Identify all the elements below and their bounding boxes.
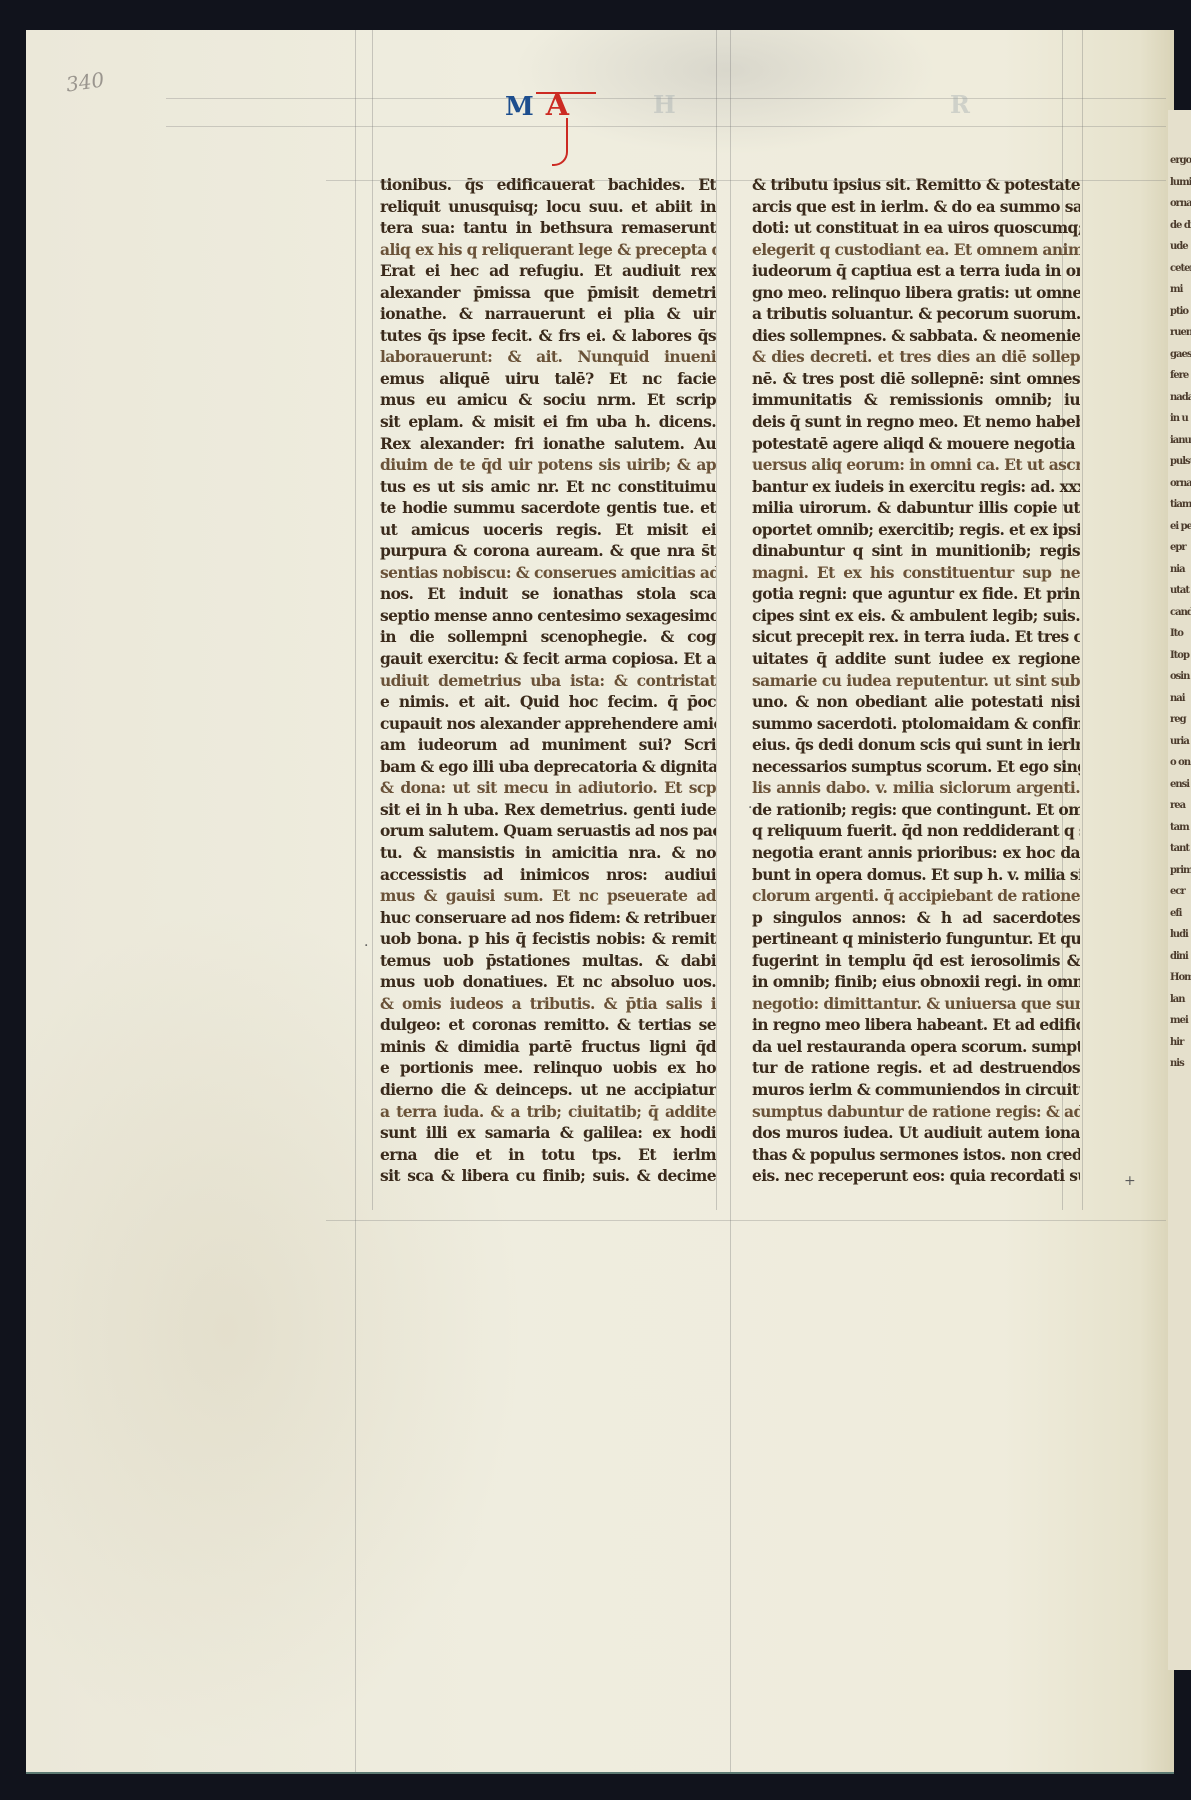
adjacent-page-line: de di [1170,215,1191,237]
text-line: purpura & corona auream. & que nra s̄t [380,540,716,562]
text-line: minis & dimidia partē fructus ligni q̄d [380,1036,716,1058]
text-line: te hodie summu sacerdote gentis tue. et [380,497,716,519]
text-line: & dies decreti. et tres dies an diē soll… [752,346,1080,368]
text-line: deis q̄ sunt in regno meo. Et nemo habeb… [752,411,1080,433]
adjacent-page-line: ptio [1170,301,1191,323]
adjacent-page-line: tam [1170,817,1191,839]
adjacent-page-line: rea [1170,795,1191,817]
adjacent-page-line: o on [1170,752,1191,774]
adjacent-page-line: reg [1170,709,1191,731]
text-line: da uel restauranda opera scorum. sumptus… [752,1036,1080,1058]
text-line: Rex alexander: fri ionathe salutem. Au [380,433,716,455]
text-line: gauit exercitu: & fecit arma copiosa. Et… [380,648,716,670]
text-line: negotia erant annis prioribus: ex hoc da [752,842,1080,864]
text-line: sit sca & libera cu finib; suis. & decim… [380,1165,716,1187]
text-line: septio mense anno centesimo sexagesimo: [380,605,716,627]
text-line: nos. Et induit se ionathas stola sca [380,583,716,605]
text-line: uersus aliq eorum: in omni ca. Et ut asc… [752,454,1080,476]
text-line: dulgeo: et coronas remitto. & tertias se [380,1014,716,1036]
margin-dot: · [364,938,368,954]
ruling-line [730,30,731,1772]
text-line: cipes sint ex eis. & ambulent legib; sui… [752,605,1080,627]
text-line: dos muros iudea. Ut audiuit autem iona [752,1122,1080,1144]
adjacent-page-edge: ergolumineornatde diudeceteramiptioruens… [1168,110,1191,1670]
text-line: a terra iuda. & a trib; ciuitatib; q̄ ad… [380,1101,716,1123]
text-line: tur de ratione regis. et ad destruendos [752,1057,1080,1079]
text-column-right: & tributu ipsius sit. Remitto & potestat… [752,174,1080,1187]
red-flourish-tail [552,118,568,166]
text-line: pertineant q ministerio funguntur. Et qu… [752,928,1080,950]
text-line: reliquit unusquisq; locu suu. et abiit i… [380,196,716,218]
adjacent-page-line: fere [1170,365,1191,387]
adjacent-page-line: prim [1170,860,1191,882]
text-line: bantur ex iudeis in exercitu regis: ad. … [752,476,1080,498]
text-line: accessistis ad inimicos nros: audiui [380,864,716,886]
adjacent-page-line: lumine [1170,172,1191,194]
text-line: bam & ego illi uba deprecatoria & dignit… [380,756,716,778]
text-line: eis. nec receperunt eos: quia recordati … [752,1165,1080,1187]
adjacent-page-line: in u [1170,408,1191,430]
text-line: sicut precepit rex. in terra iuda. Et tr… [752,626,1080,648]
adjacent-page-line: osin [1170,666,1191,688]
adjacent-page-line: Itop [1170,645,1191,667]
adjacent-page-line: nada [1170,387,1191,409]
adjacent-page-line: Hom [1170,967,1191,989]
adjacent-page-line: ianu [1170,430,1191,452]
text-column-left: tionibus. q̄s edificauerat bachides. Etr… [380,174,716,1187]
text-line: ut amicus uoceris regis. Et misit ei [380,519,716,541]
adjacent-page-line: ruens [1170,322,1191,344]
text-line: sumptus dabuntur de ratione regis: & ad … [752,1101,1080,1123]
text-line: e nimis. et ait. Quid hoc fecim. q̄ p̄oc [380,691,716,713]
text-line: temus uob p̄stationes multas. & dabi [380,950,716,972]
text-line: negotio: dimittantur. & uniuersa que sun… [752,993,1080,1015]
text-line: am iudeorum ad muniment sui? Scri [380,734,716,756]
adjacent-page-line: cand [1170,602,1191,624]
text-line: & dona: ut sit mecu in adiutorio. Et scp [380,777,716,799]
running-header: M A [505,88,569,123]
text-line: magni. Et ex his constituentur sup ne [752,562,1080,584]
text-line: milia uirorum. & dabuntur illis copie ut [752,497,1080,519]
text-line: clorum argenti. q̄ accipiebant de ration… [752,885,1080,907]
text-line: tera sua: tantu in bethsura remaserunt [380,217,716,239]
folio-number: 340 [65,67,106,96]
text-line: sunt illi ex samaria & galilea: ex hodi [380,1122,716,1144]
text-line: laborauerunt: & ait. Nunquid inueni [380,346,716,368]
text-line: fugerint in templu q̄d est ierosolimis & [752,950,1080,972]
adjacent-page-line: ecr [1170,881,1191,903]
text-line: tus es ut sis amic nr. Et nc constituimu [380,476,716,498]
text-line: alexander p̄missa que p̄misit demetri [380,282,716,304]
text-line: elegerit q custodiant ea. Et omnem anima [752,239,1080,261]
ruling-line [355,30,356,1772]
text-line: samarie cu iudea reputentur. ut sint sub [752,670,1080,692]
text-line: dies sollempnes. & sabbata. & neomenie [752,325,1080,347]
adjacent-page-line: ludi [1170,924,1191,946]
adjacent-page-line: epr [1170,537,1191,559]
adjacent-page-line: tant [1170,838,1191,860]
text-line: Erat ei hec ad refugiu. Et audiuit rex [380,260,716,282]
text-line: in regno meo libera habeant. Et ad edifi… [752,1014,1080,1036]
show-through-header-left: H [653,90,676,119]
text-line: uno. & non obediant alie potestati nisi [752,691,1080,713]
adjacent-page-line: ei pe [1170,516,1191,538]
adjacent-page-line: ensi [1170,774,1191,796]
adjacent-page-line: gaes [1170,344,1191,366]
adjacent-page-line: ornai [1170,473,1191,495]
text-line: doti: ut constituat in ea uiros quoscumq… [752,217,1080,239]
text-line: aliq ex his q reliquerant lege & precept… [380,239,716,261]
adjacent-page-line: dini [1170,946,1191,968]
text-line: thas & populus sermones istos. non credi… [752,1144,1080,1166]
text-line: muros ierlm & communiendos in circuitu [752,1079,1080,1101]
ruling-line [166,126,1166,127]
adjacent-page-line: lan [1170,989,1191,1011]
text-line: tionibus. q̄s edificauerat bachides. Et [380,174,716,196]
text-line: necessarios sumptus scorum. Et ego singu [752,756,1080,778]
text-line: potestatē agere aliqd & mouere negotia a… [752,433,1080,455]
text-line: de rationib; regis: que contingunt. Et o… [752,799,1080,821]
ruling-line [1082,30,1083,1210]
text-line: q reliquum fuerit. q̄d non reddiderant q… [752,820,1080,842]
text-line: & tributu ipsius sit. Remitto & potestat… [752,174,1080,196]
text-line: bunt in opera domus. Et sup h. v. milia … [752,864,1080,886]
text-line: summo sacerdoti. ptolomaidam & confines [752,713,1080,735]
adjacent-page-line: utat [1170,580,1191,602]
text-line: diuim de te q̄d uir potens sis uirib; & … [380,454,716,476]
adjacent-page-line: ude [1170,236,1191,258]
text-line: & omis iudeos a tributis. & p̄tia salis … [380,993,716,1015]
adjacent-page-line: nai [1170,688,1191,710]
text-line: in omnib; finib; eius obnoxii regi. in o… [752,971,1080,993]
adjacent-page-line: mei [1170,1010,1191,1032]
text-line: gno meo. relinquo libera gratis: ut omne… [752,282,1080,304]
text-line: mus uob donatiues. Et nc absoluo uos. [380,971,716,993]
text-line: in die sollempni scenophegie. & cog [380,626,716,648]
header-initial-red: A [546,88,569,123]
text-line: p singulos annos: & h ad sacerdotes [752,907,1080,929]
text-line: mus & gauisi sum. Et nc pseuerate ad [380,885,716,907]
text-line: huc conseruare ad nos fidem: & retribuem [380,907,716,929]
adjacent-page-line: uria [1170,731,1191,753]
adjacent-page-line: pulsu [1170,451,1191,473]
text-line: emus aliquē uiru talē? Et nc facie [380,368,716,390]
text-line: uob bona. p his q̄ fecistis nobis: & rem… [380,928,716,950]
text-line: tu. & mansistis in amicitia nra. & no [380,842,716,864]
ruling-line [326,1220,1166,1221]
red-flourish-bar [536,92,596,94]
adjacent-page-line: hir [1170,1032,1191,1054]
text-line: udiuit demetrius uba ista: & contristat [380,670,716,692]
text-line: a tributis soluantur. & pecorum suorum. … [752,303,1080,325]
text-line: mus eu amicu & sociu nrm. Et scrip [380,389,716,411]
text-line: orum salutem. Quam seruastis ad nos pac [380,820,716,842]
text-line: lis annis dabo. v. milia siclorum argent… [752,777,1080,799]
adjacent-page-line: tiam [1170,494,1191,516]
text-line: immunitatis & remissionis omnib; iu [752,389,1080,411]
text-line: sit eplam. & misit ei fm uba h. dicens. [380,411,716,433]
text-line: dierno die & deinceps. ut ne accipiatur [380,1079,716,1101]
adjacent-page-text: ergolumineornatde diudeceteramiptioruens… [1170,150,1191,1075]
text-line: sentias nobiscu: & conserues amicitias a… [380,562,716,584]
margin-cross-mark: + [1124,1173,1136,1189]
ruling-line [716,30,717,1210]
text-line: oportet omnib; exercitib; regis. et ex i… [752,519,1080,541]
adjacent-page-line: ornat [1170,193,1191,215]
adjacent-page-line: nia [1170,559,1191,581]
text-line: uitates q̄ addite sunt iudee ex regione [752,648,1080,670]
text-line: erna die et in totu tps. Et ierlm [380,1144,716,1166]
text-line: nē. & tres post diē sollepnē: sint omnes [752,368,1080,390]
adjacent-page-line: efi [1170,903,1191,925]
adjacent-page-line: nis [1170,1053,1191,1075]
text-line: cupauit nos alexander apprehendere amici… [380,713,716,735]
adjacent-page-line: cetera [1170,258,1191,280]
text-line: gotia regni: que aguntur ex fide. Et pri… [752,583,1080,605]
adjacent-page-line: mi [1170,279,1191,301]
text-line: eius. q̄s dedi donum scis qui sunt in ie… [752,734,1080,756]
adjacent-page-line: Ito [1170,623,1191,645]
ruling-line [372,30,373,1210]
text-line: arcis que est in ierlm. & do ea summo sa… [752,196,1080,218]
show-through-header-right: R [950,90,970,119]
text-line: e portionis mee. relinquo uobis ex ho [380,1057,716,1079]
header-initial-blue: M [505,92,534,122]
text-line: tutes q̄s ipse fecit. & frs ei. & labore… [380,325,716,347]
adjacent-page-line: ergo [1170,150,1191,172]
text-line: dinabuntur q sint in munitionib; regis [752,540,1080,562]
text-line: iudeorum q̄ captiua est a terra iuda in … [752,260,1080,282]
text-line: sit ei in h uba. Rex demetrius. genti iu… [380,799,716,821]
text-line: ionathe. & narrauerunt ei plia & uir [380,303,716,325]
